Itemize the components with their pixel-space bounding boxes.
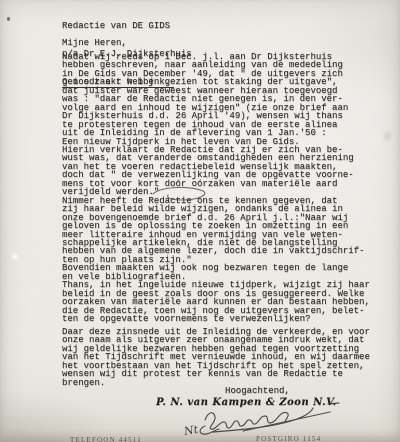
footer-postgiro: POSTGIRO 1154	[256, 435, 321, 442]
salutation: Mijne Heren,	[62, 39, 127, 47]
letter-line: ten de opgevatte voornemens te verwezenl…	[62, 315, 370, 323]
body-paragraph-1: Nadat wij reeds op 1 Dec. j.l. aan Dr Di…	[62, 53, 370, 324]
pencil-circle-annotation	[148, 184, 212, 204]
footer-telephone: TELEFOON 44511	[70, 436, 142, 442]
closing-salutation: Hoogachtend,	[225, 387, 290, 395]
paper-smudge	[383, 128, 392, 144]
paper-light-spot	[10, 252, 20, 261]
handwritten-note: Nt	[183, 423, 199, 438]
body-paragraph-2: Daar deze zinsnede uit de Inleiding de v…	[62, 328, 370, 387]
letter-line: wensen wij dit protest ter kennis van de…	[62, 370, 370, 378]
recipient-line: Redactie van DE GIDS	[62, 22, 192, 31]
letter-line: brengen.	[62, 379, 370, 387]
scanned-letter-page: Redactie van DE GIDS p/a Dr E.J. Dijkste…	[0, 0, 400, 442]
ink-speck	[7, 17, 10, 21]
